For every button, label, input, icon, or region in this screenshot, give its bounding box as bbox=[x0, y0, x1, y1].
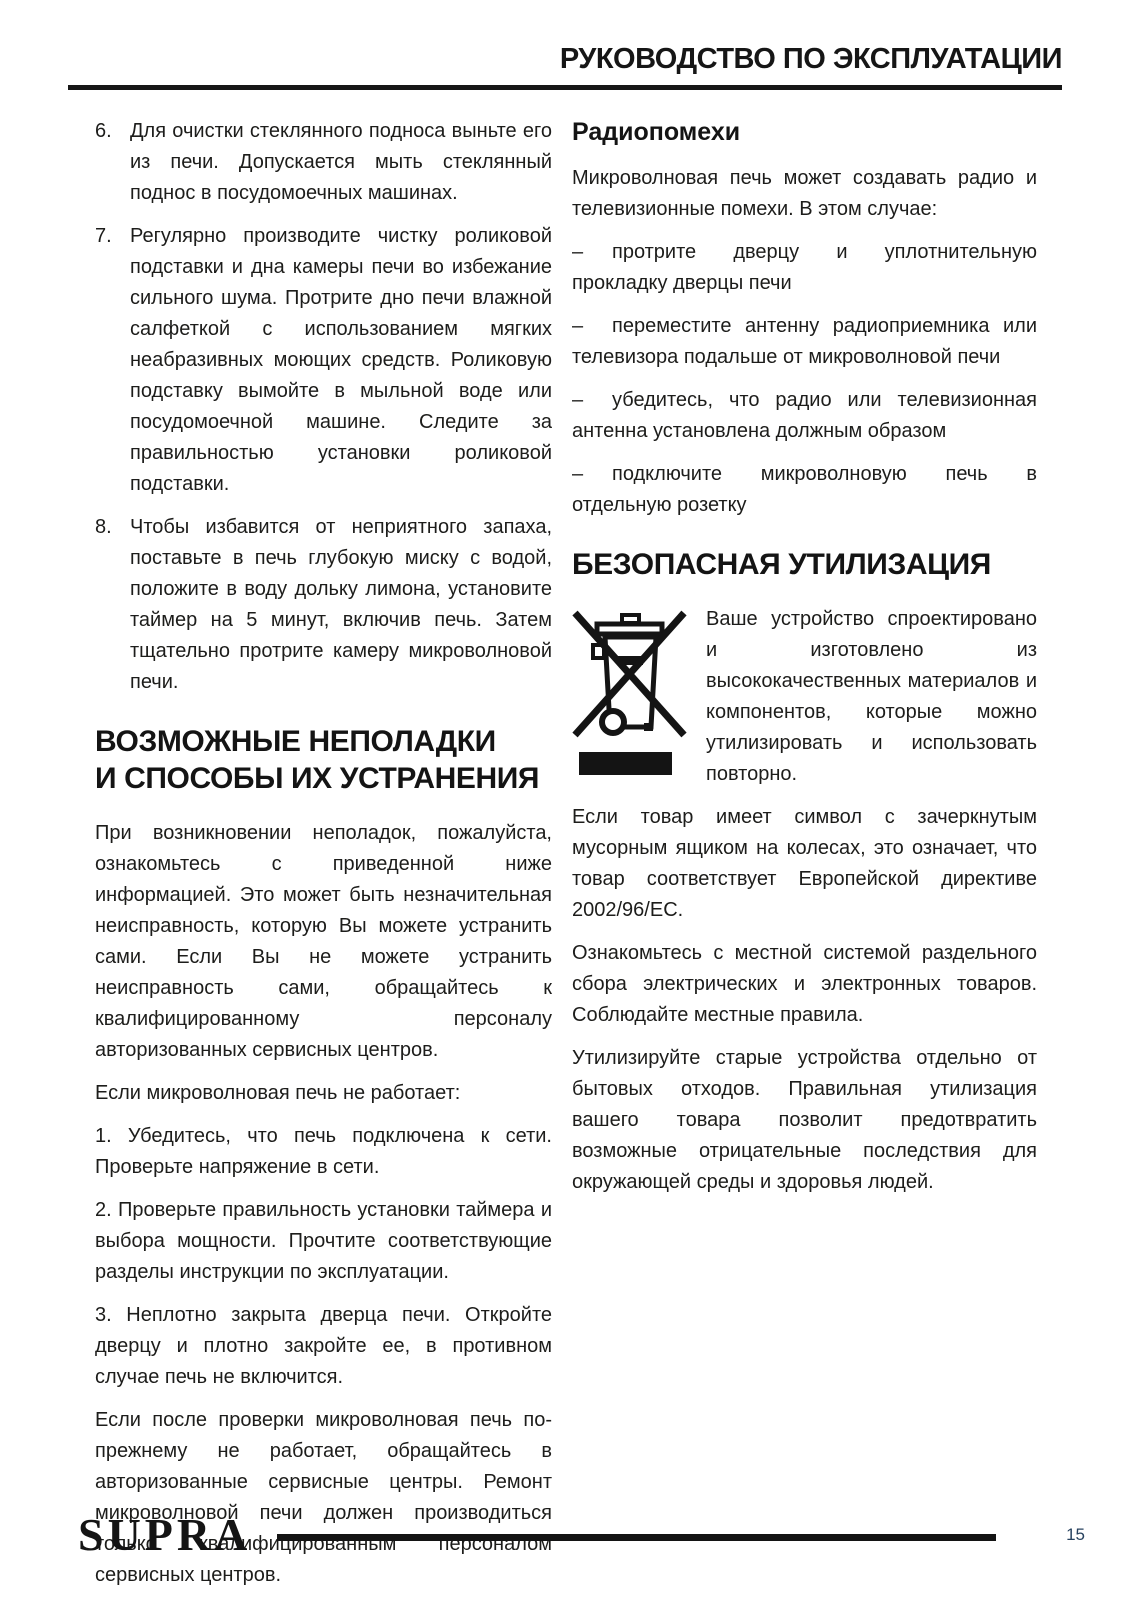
dash-list-item: –переместите антенну радиоприемника или … bbox=[572, 311, 1037, 373]
left-column: 6. Для очистки стеклянного подноса выньт… bbox=[68, 116, 552, 1601]
radio-interference-intro: Микроволновая печь может создавать радио… bbox=[572, 163, 1037, 225]
disposal-paragraphs: Если товар имеет символ с зачеркнутым му… bbox=[572, 802, 1037, 1198]
paragraph: Утилизируйте старые устройства отдельно … bbox=[572, 1043, 1037, 1198]
crossed-out-wheeled-bin-icon bbox=[572, 604, 690, 790]
content-columns: 6. Для очистки стеклянного подноса выньт… bbox=[0, 90, 1128, 1601]
page-header: РУКОВОДСТВО ПО ЭКСПЛУАТАЦИИ bbox=[0, 0, 1128, 90]
dash-item-text: протрите дверцу и уплотнительную проклад… bbox=[572, 241, 1037, 294]
list-item: 6. Для очистки стеклянного подноса выньт… bbox=[95, 116, 552, 209]
paragraph: При возникновении неполадок, пожалуйста,… bbox=[95, 818, 552, 1066]
paragraph: Ознакомьтесь с местной системой раздельн… bbox=[572, 938, 1037, 1031]
list-item-text: Чтобы избавится от неприятного запаха, п… bbox=[130, 512, 552, 698]
dash-list-item: –убедитесь, что радио или телевизионная … bbox=[572, 385, 1037, 447]
weee-block: Ваше устройство спроектировано и изготов… bbox=[572, 604, 1037, 790]
page-footer: SUPRA 15 bbox=[78, 1512, 1085, 1558]
numbered-list: 6. Для очистки стеклянного подноса выньт… bbox=[95, 116, 552, 698]
dash-item-text: подключите микроволновую печь в отдельну… bbox=[572, 463, 1037, 516]
paragraph: Если микроволновая печь не работает: bbox=[95, 1078, 552, 1109]
dash-item-text: переместите антенну радиоприемника или т… bbox=[572, 315, 1037, 368]
manual-page: РУКОВОДСТВО ПО ЭКСПЛУАТАЦИИ 6. Для очист… bbox=[0, 0, 1128, 1601]
weee-description: Ваше устройство спроектировано и изготов… bbox=[706, 604, 1037, 790]
supra-logo: SUPRA bbox=[78, 1512, 251, 1558]
page-title: РУКОВОДСТВО ПО ЭКСПЛУАТАЦИИ bbox=[68, 44, 1062, 76]
list-item: 8. Чтобы избавится от неприятного запаха… bbox=[95, 512, 552, 698]
right-column: Радиопомехи Микроволновая печь может соз… bbox=[572, 116, 1037, 1601]
section-title-safe-disposal: БЕЗОПАСНАЯ УТИЛИЗАЦИЯ bbox=[572, 546, 1037, 583]
list-item-text: Для очистки стеклянного подноса выньте е… bbox=[130, 116, 552, 209]
dash-list-item: –подключите микроволновую печь в отдельн… bbox=[572, 459, 1037, 521]
list-item-number: 7. bbox=[95, 221, 130, 500]
list-item-text: Регулярно производите чистку роликовой п… bbox=[130, 221, 552, 500]
dash-list: –протрите дверцу и уплотнительную прокла… bbox=[572, 237, 1037, 521]
subsection-title-radio-interference: Радиопомехи bbox=[572, 118, 1037, 147]
list-item: 7. Регулярно производите чистку роликово… bbox=[95, 221, 552, 500]
paragraph: 3. Неплотно закрыта дверца печи. Откройт… bbox=[95, 1300, 552, 1393]
dash-list-item: –протрите дверцу и уплотнительную прокла… bbox=[572, 237, 1037, 299]
dash-bullet: – bbox=[572, 459, 612, 490]
dash-bullet: – bbox=[572, 237, 612, 268]
dash-bullet: – bbox=[572, 385, 612, 416]
paragraph: 2. Проверьте правильность установки тайм… bbox=[95, 1195, 552, 1288]
footer-divider bbox=[277, 1534, 996, 1541]
page-number: 15 bbox=[1066, 1525, 1085, 1545]
paragraph: 1. Убедитесь, что печь подключена к сети… bbox=[95, 1121, 552, 1183]
dash-item-text: убедитесь, что радио или телевизионная а… bbox=[572, 389, 1037, 442]
dash-bullet: – bbox=[572, 311, 612, 342]
list-item-number: 6. bbox=[95, 116, 130, 209]
paragraph: Если товар имеет символ с зачеркнутым му… bbox=[572, 802, 1037, 926]
paragraph: Если после проверки микроволновая печь п… bbox=[95, 1405, 552, 1591]
troubleshooting-paragraphs: При возникновении неполадок, пожалуйста,… bbox=[95, 818, 552, 1591]
list-item-number: 8. bbox=[95, 512, 130, 698]
section-title-troubleshooting: ВОЗМОЖНЫЕ НЕПОЛАДКИ И СПОСОБЫ ИХ УСТРАНЕ… bbox=[95, 723, 552, 797]
